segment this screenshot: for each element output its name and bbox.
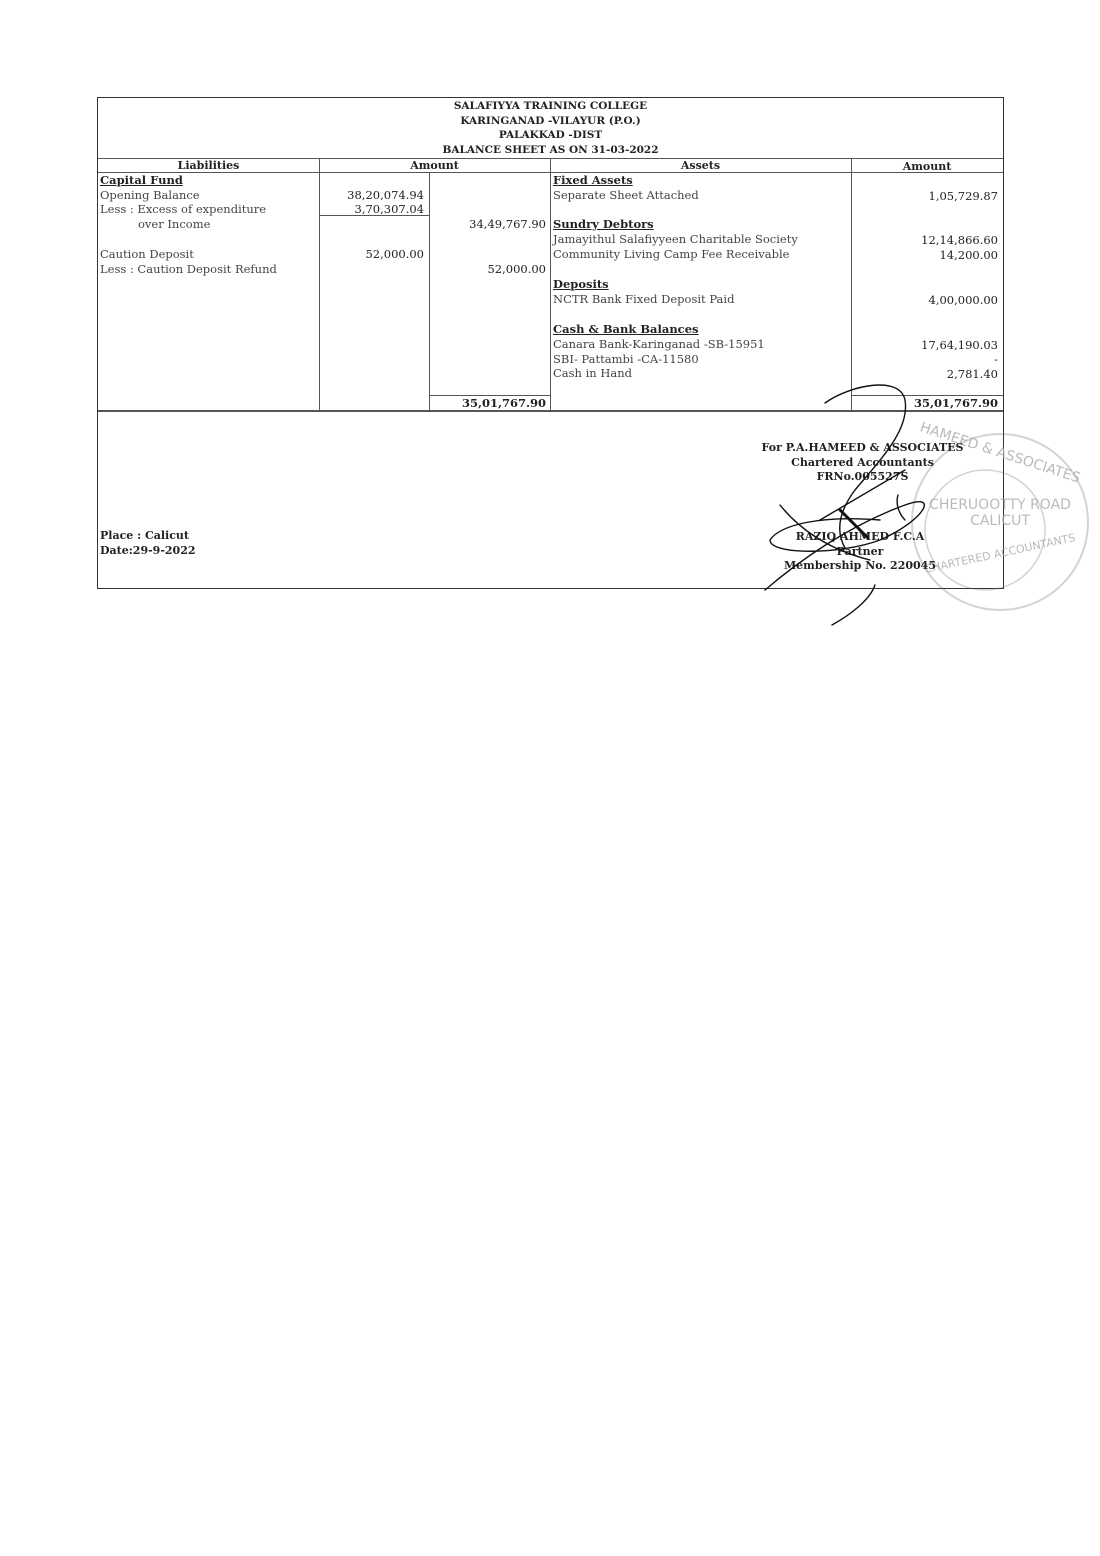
fixed-assets-heading: Fixed Assets [553, 173, 633, 188]
col-divider-3 [550, 158, 551, 410]
asset-item-value: 17,64,190.03 [851, 338, 998, 353]
membership-number: Membership No. 220045 [760, 559, 960, 574]
asset-item-value: 4,00,000.00 [851, 293, 998, 308]
less-excess-value: 3,70,307.04 [319, 202, 424, 217]
firm-name: For P.A.HAMEED & ASSOCIATES [745, 441, 980, 456]
partner-title: Partner [760, 545, 960, 560]
partner-block: RAZIQ AHMED F.C.A Partner Membership No.… [760, 530, 960, 574]
cash-bank-heading: Cash & Bank Balances [553, 322, 698, 337]
capital-fund-net-value: 34,49,767.90 [429, 217, 546, 232]
partner-name: RAZIQ AHMED F.C.A [760, 530, 960, 545]
asset-item-label: SBI- Pattambi -CA-11580 [553, 352, 699, 367]
place-date-block: Place : Calicut Date:29-9-2022 [100, 528, 196, 558]
opening-balance-label: Opening Balance [100, 188, 200, 203]
col-header-liabilities: Liabilities [98, 158, 319, 173]
document-title: BALANCE SHEET AS ON 31-03-2022 [98, 143, 1003, 158]
place: Place : Calicut [100, 528, 196, 543]
document-header: SALAFIYYA TRAINING COLLEGE KARINGANAD -V… [98, 98, 1003, 157]
assets-total: 35,01,767.90 [851, 396, 998, 411]
caution-deposit-net-value: 52,000.00 [429, 262, 546, 277]
asset-item-value: 14,200.00 [851, 248, 998, 263]
asset-item-value: - [851, 352, 998, 367]
sundry-debtors-heading: Sundry Debtors [553, 217, 654, 232]
org-name: SALAFIYYA TRAINING COLLEGE [98, 99, 1003, 114]
col-header-liab-amount: Amount [319, 158, 550, 173]
col-header-assets: Assets [550, 158, 851, 173]
firm-role: Chartered Accountants [745, 456, 980, 471]
caution-refund-label: Less : Caution Deposit Refund [100, 262, 277, 277]
deposits-heading: Deposits [553, 277, 609, 292]
opening-balance-value: 38,20,074.94 [319, 188, 424, 203]
asset-item-label: NCTR Bank Fixed Deposit Paid [553, 292, 734, 307]
signatory-block: For P.A.HAMEED & ASSOCIATES Chartered Ac… [745, 441, 980, 485]
asset-item-label: Jamayithul Salafiyyeen Charitable Societ… [553, 232, 798, 247]
col-divider-2 [429, 172, 430, 410]
asset-item-label: Cash in Hand [553, 366, 632, 381]
caution-deposit-label: Caution Deposit [100, 247, 194, 262]
asset-item-label: Separate Sheet Attached [553, 188, 699, 203]
less-excess-label: Less : Excess of expenditure [100, 202, 266, 217]
address-line-2: PALAKKAD -DIST [98, 128, 1003, 143]
balance-sheet: SALAFIYYA TRAINING COLLEGE KARINGANAD -V… [97, 97, 1004, 589]
liabilities-total: 35,01,767.90 [429, 396, 546, 411]
firm-frn: FRNo.005527S [745, 470, 980, 485]
asset-item-label: Community Living Camp Fee Receivable [553, 247, 790, 262]
stamp-inner-line-2: CALICUT [905, 513, 1095, 529]
asset-item-value: 12,14,866.60 [851, 233, 998, 248]
asset-item-value: 1,05,729.87 [851, 189, 998, 204]
stamp-inner-line-1: CHERUOOTTY ROAD [905, 497, 1095, 513]
less-excess-label-cont: over Income [138, 217, 210, 232]
col-header-asset-amount: Amount [851, 159, 1003, 174]
date: Date:29-9-2022 [100, 543, 196, 558]
capital-fund-heading: Capital Fund [100, 173, 183, 188]
asset-item-value: 2,781.40 [851, 367, 998, 382]
caution-deposit-value: 52,000.00 [319, 247, 424, 262]
asset-item-label: Canara Bank-Karinganad -SB-15951 [553, 337, 765, 352]
address-line-1: KARINGANAD -VILAYUR (P.O.) [98, 114, 1003, 129]
